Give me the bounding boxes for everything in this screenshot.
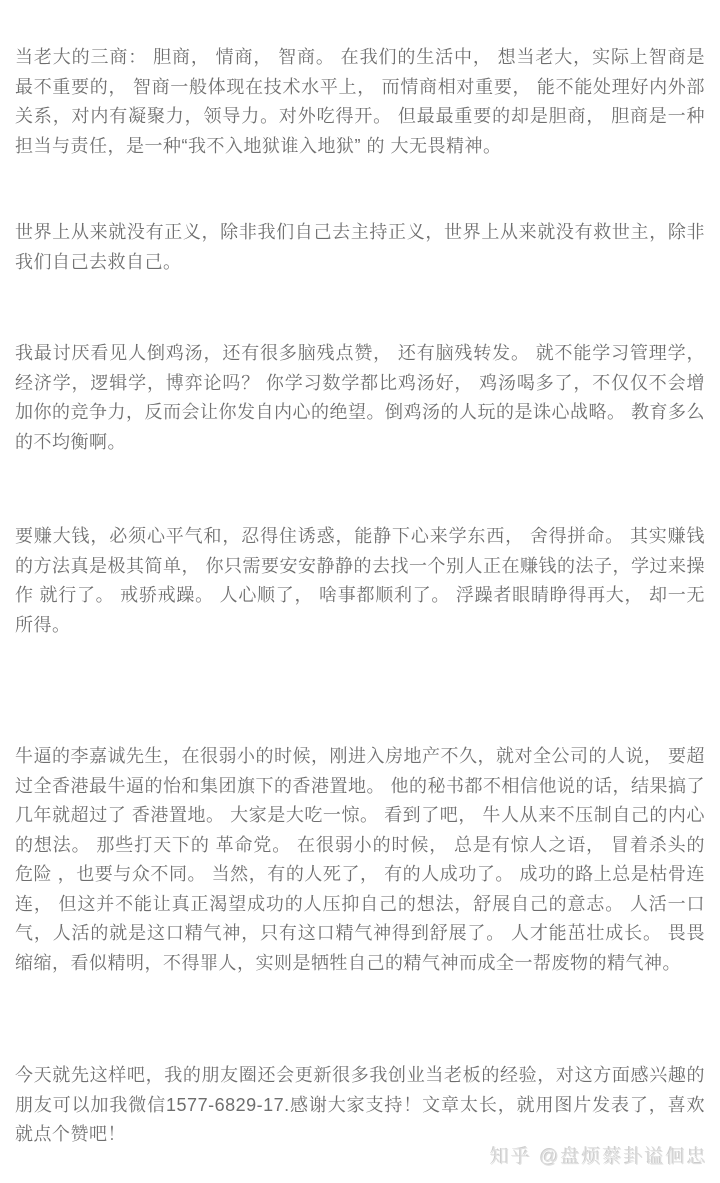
zhihu-watermark: 知乎 @盘烦蔡卦谥佪忠	[490, 1143, 708, 1173]
article-text-image: 当老大的三商： 胆商， 情商， 智商。 在我们的生活中， 想当老大，实际上智商是…	[0, 0, 720, 1183]
zhihu-brand-text: 知乎	[490, 1147, 532, 1168]
paragraph-lijiacheng: 牛逼的李嘉诚先生，在很弱小的时候，刚进入房地产不久，就对全公司的人说， 要超过全…	[15, 742, 705, 978]
paragraph-zhengyi: 世界上从来就没有正义，除非我们自己去主持正义，世界上从来就没有救世主，除非我们自…	[15, 218, 705, 277]
paragraph-jinri-jieyu: 今天就先这样吧，我的朋友圈还会更新很多我创业当老板的经验，对这方面感兴趣的朋友可…	[15, 1061, 705, 1150]
watermark-username: @盘烦蔡卦谥佪忠	[540, 1147, 708, 1168]
paragraph-zhuanqian: 要赚大钱，必须心平气和，忍得住诱惑，能静下心来学东西， 舍得拼命。 其实赚钱的方…	[15, 522, 705, 640]
paragraph-jitang: 我最讨厌看见人倒鸡汤，还有很多脑残点赞， 还有脑残转发。 就不能学习管理学，经济…	[15, 339, 705, 457]
paragraph-sanshang: 当老大的三商： 胆商， 情商， 智商。 在我们的生活中， 想当老大，实际上智商是…	[15, 43, 705, 161]
